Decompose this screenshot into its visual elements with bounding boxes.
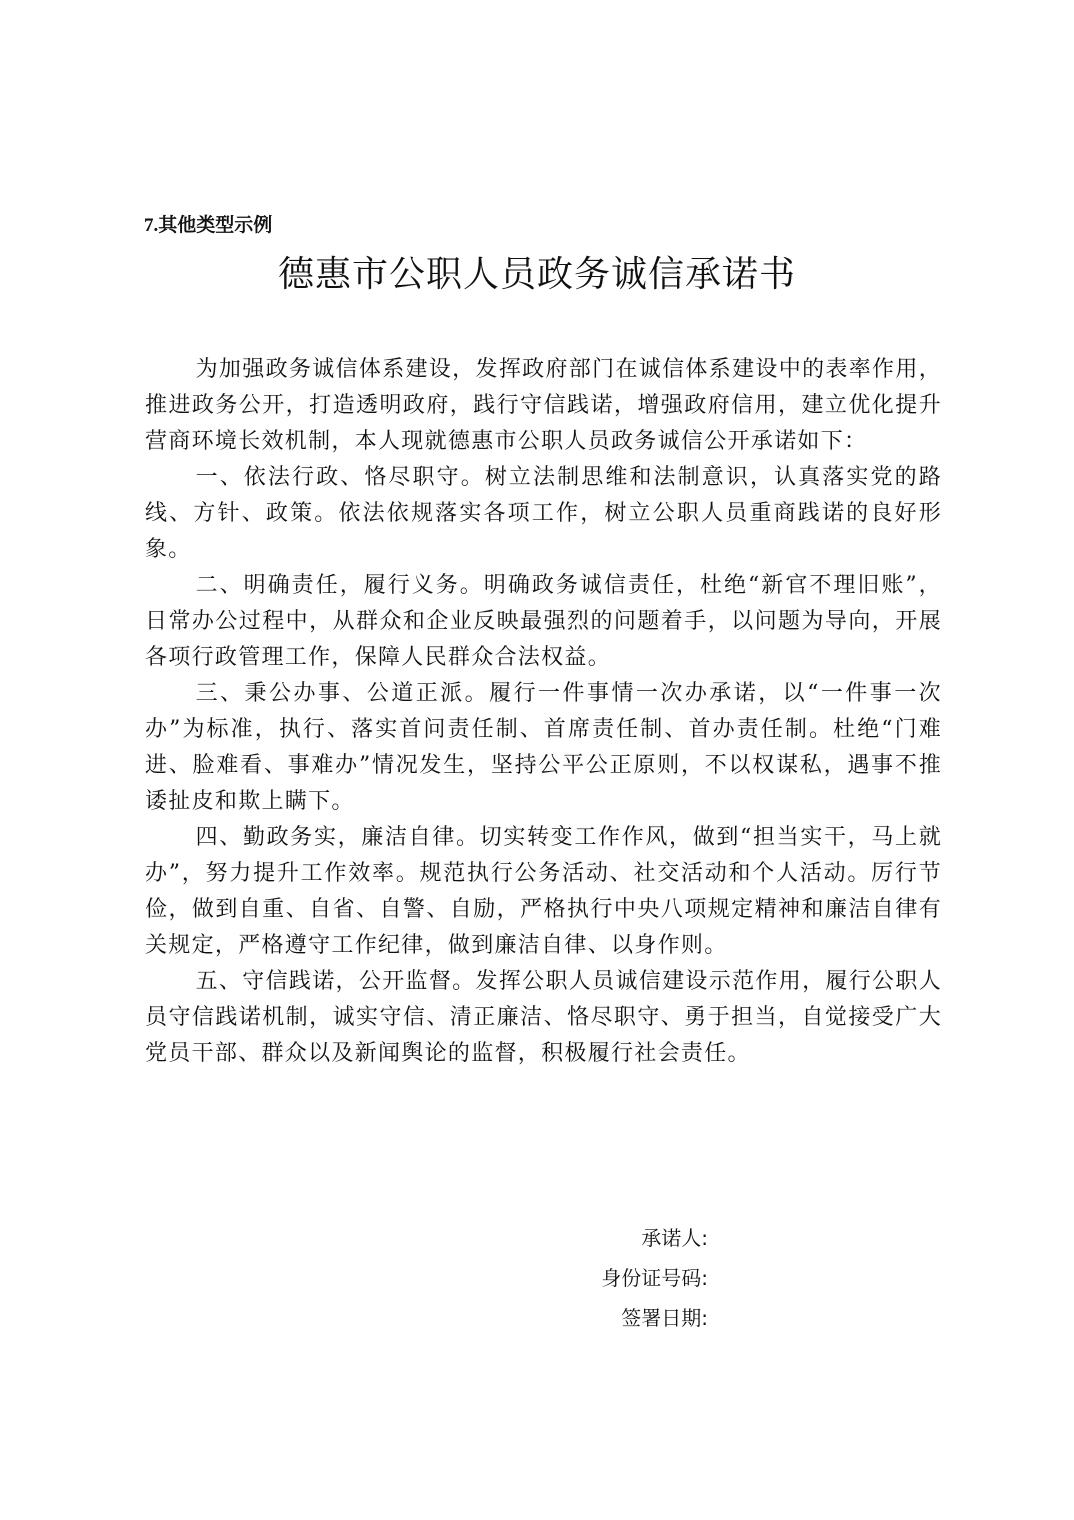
id-number-label: 身份证号码:: [560, 1258, 760, 1298]
intro-paragraph: 为加强政务诚信体系建设，发挥政府部门在诚信体系建设中的表率作用，推进政务公开，打…: [145, 352, 942, 460]
clause-3-paragraph: 三、秉公办事、公道正派。履行一件事情一次办承诺，以“一件事一次办”为标准，执行、…: [145, 676, 942, 820]
clause-1-paragraph: 一、依法行政、恪尽职守。树立法制思维和法制意识，认真落实党的路线、方针、政策。依…: [145, 460, 942, 568]
clause-5-paragraph: 五、守信践诺，公开监督。发挥公职人员诚信建设示范作用，履行公职人员守信践诺机制，…: [145, 964, 942, 1072]
document-body: 为加强政务诚信体系建设，发挥政府部门在诚信体系建设中的表率作用，推进政务公开，打…: [145, 352, 942, 1072]
signature-block: 承诺人: 身份证号码: 签署日期:: [560, 1218, 760, 1338]
clause-4-paragraph: 四、勤政务实，廉洁自律。切实转变工作作风，做到“担当实干，马上就办”，努力提升工…: [145, 820, 942, 964]
signing-date-label: 签署日期:: [560, 1298, 760, 1338]
document-title: 德惠市公职人员政务诚信承诺书: [0, 246, 1074, 297]
promisor-label: 承诺人:: [560, 1218, 760, 1258]
clause-2-paragraph: 二、明确责任，履行义务。明确政务诚信责任，杜绝“新官不理旧账”，日常办公过程中，…: [145, 568, 942, 676]
section-label: 7.其他类型示例: [144, 210, 272, 237]
